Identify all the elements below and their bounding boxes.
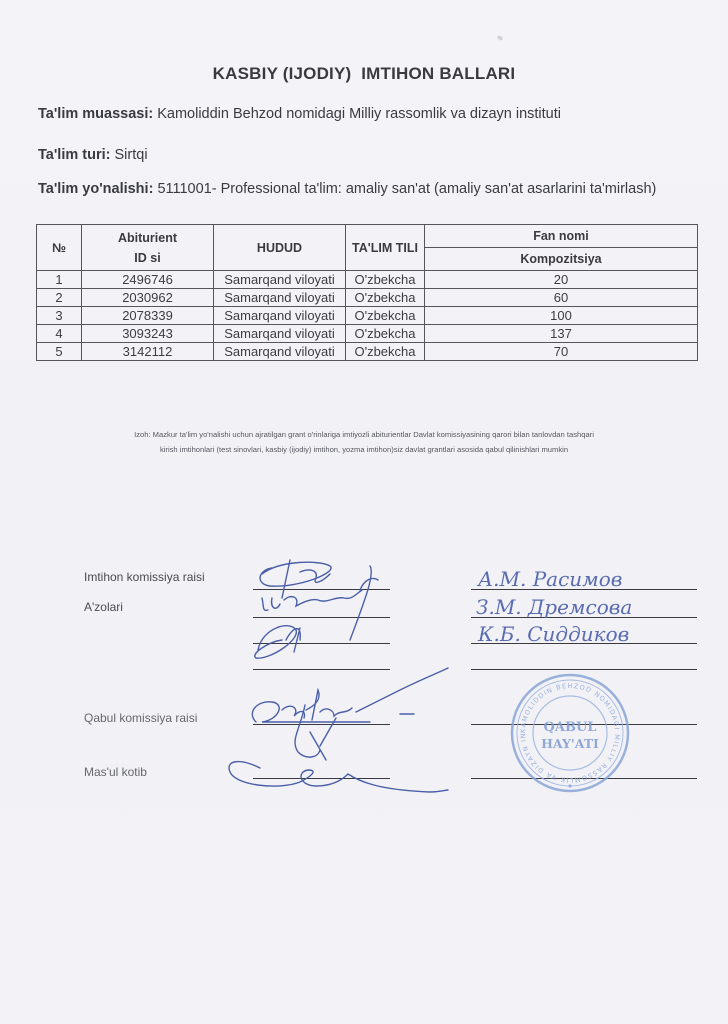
note: Izoh: Mazkur ta'lim yo'nalishi uchun ajr… xyxy=(30,427,698,457)
name-line-chair xyxy=(471,589,697,590)
signature-line-chair xyxy=(253,589,390,590)
direction-value: 5111001- Professional ta'lim: amaliy san… xyxy=(157,181,656,197)
name-line-admission-chair xyxy=(471,724,697,725)
note-line-2: kirish imtihonlari (test sinovlari, kasb… xyxy=(30,442,698,457)
signature-line-member-3 xyxy=(253,669,390,670)
cell-region: Samarqand viloyati xyxy=(214,271,346,289)
cell-region: Samarqand viloyati xyxy=(214,325,346,343)
table-row: 43093243Samarqand viloyatiO'zbekcha137 xyxy=(37,325,698,343)
cell-number: 1 xyxy=(37,271,82,289)
table-row: 12496746Samarqand viloyatiO'zbekcha20 xyxy=(37,271,698,289)
document-title: KASBIY (IJODIY) IMTIHON BALLARI xyxy=(0,64,728,84)
scan-speck xyxy=(496,35,503,42)
scores-table: № Abiturient ID si HUDUD TA'LIM TILI Fan… xyxy=(36,224,698,361)
cell-language: O'zbekcha xyxy=(346,307,425,325)
stamp-line-2: HAY'ATI xyxy=(541,736,599,751)
header-region: HUDUD xyxy=(214,225,346,271)
cell-language: O'zbekcha xyxy=(346,343,425,361)
cell-region: Samarqand viloyati xyxy=(214,343,346,361)
signature-line-member-2 xyxy=(253,643,390,644)
cell-region: Samarqand viloyati xyxy=(214,289,346,307)
name-line-member-1 xyxy=(471,617,697,618)
handwritten-signatures-left xyxy=(229,560,448,792)
header-subject-group: Fan nomi xyxy=(425,225,698,248)
study-form-value: Sirtqi xyxy=(115,147,148,163)
cell-score: 70 xyxy=(425,343,698,361)
admission-commission-chair-label: Qabul komissiya raisi xyxy=(84,711,197,725)
header-applicant-id-line2: ID si xyxy=(82,251,213,265)
header-applicant-id-line1: Abiturient xyxy=(82,231,213,245)
name-line-secretary xyxy=(471,778,697,779)
table-row: 32078339Samarqand viloyatiO'zbekcha100 xyxy=(37,307,698,325)
handwritten-name-1: А.М. Расимов xyxy=(476,567,622,591)
study-form-line: Ta'lim turi: Sirtqi xyxy=(38,145,148,166)
header-subject: Kompozitsiya xyxy=(425,248,698,271)
institution-line: Ta'lim muassasi: Kamoliddin Behzod nomid… xyxy=(38,104,561,125)
direction-line: Ta'lim yo'nalishi: 5111001- Professional… xyxy=(38,179,678,200)
members-label: A'zolari xyxy=(84,600,123,614)
signature-line-secretary xyxy=(253,778,390,779)
table-row: 22030962Samarqand viloyatiO'zbekcha60 xyxy=(37,289,698,307)
name-line-member-3 xyxy=(471,669,697,670)
institution-value: Kamoliddin Behzod nomidagi Milliy rassom… xyxy=(157,106,561,122)
header-language: TA'LIM TILI xyxy=(346,225,425,271)
cell-score: 137 xyxy=(425,325,698,343)
document-page: KASBIY (IJODIY) IMTIHON BALLARI Ta'lim m… xyxy=(0,0,728,1024)
direction-label: Ta'lim yo'nalishi: xyxy=(38,181,153,197)
handwritten-names-right: А.М. Расимов З.М. Дремсова К.Б. Сиддиков xyxy=(476,567,632,646)
stamp-line-1: QABUL xyxy=(544,720,597,735)
study-form-label: Ta'lim turi: xyxy=(38,147,110,163)
cell-language: O'zbekcha xyxy=(346,271,425,289)
cell-language: O'zbekcha xyxy=(346,325,425,343)
cell-applicant-id: 3142112 xyxy=(82,343,214,361)
cell-number: 2 xyxy=(37,289,82,307)
table-row: 53142112Samarqand viloyatiO'zbekcha70 xyxy=(37,343,698,361)
name-line-member-2 xyxy=(471,643,697,644)
signature-line-member-1 xyxy=(253,617,390,618)
cell-score: 20 xyxy=(425,271,698,289)
header-number: № xyxy=(37,225,82,271)
cell-language: O'zbekcha xyxy=(346,289,425,307)
cell-score: 60 xyxy=(425,289,698,307)
cell-number: 4 xyxy=(37,325,82,343)
exam-commission-chair-label: Imtihon komissiya raisi xyxy=(84,570,205,584)
scores-table-body: 12496746Samarqand viloyatiO'zbekcha20220… xyxy=(37,271,698,361)
institution-label: Ta'lim muassasi: xyxy=(38,106,153,122)
cell-score: 100 xyxy=(425,307,698,325)
cell-applicant-id: 2078339 xyxy=(82,307,214,325)
signature-line-admission-chair xyxy=(253,724,390,725)
cell-applicant-id: 2030962 xyxy=(82,289,214,307)
responsible-secretary-label: Mas'ul kotib xyxy=(84,765,147,779)
cell-region: Samarqand viloyati xyxy=(214,307,346,325)
cell-applicant-id: 3093243 xyxy=(82,325,214,343)
cell-number: 5 xyxy=(37,343,82,361)
header-applicant-id: Abiturient ID si xyxy=(82,225,214,271)
note-line-1: Izoh: Mazkur ta'lim yo'nalishi uchun ajr… xyxy=(30,427,698,442)
cell-number: 3 xyxy=(37,307,82,325)
cell-applicant-id: 2496746 xyxy=(82,271,214,289)
handwritten-name-2: З.М. Дремсова xyxy=(476,595,632,619)
